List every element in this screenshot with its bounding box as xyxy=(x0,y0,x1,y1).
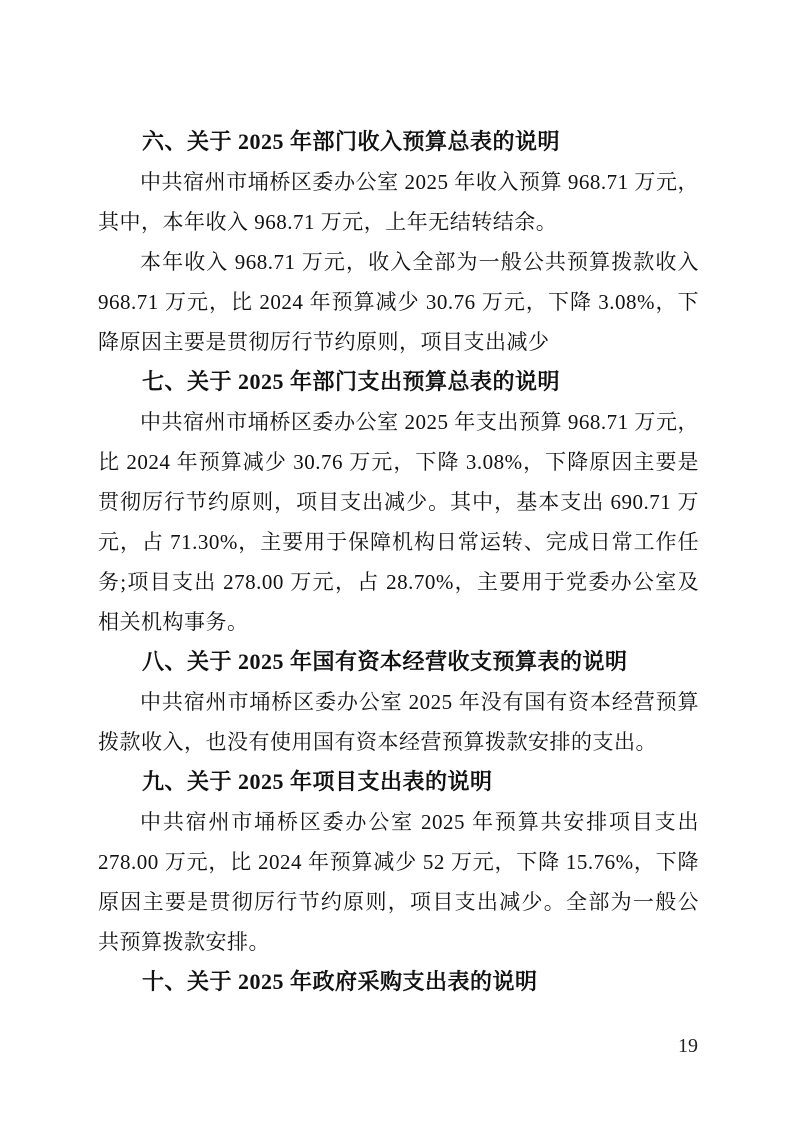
section-project-expenditure: 九、关于 2025 年项目支出表的说明 中共宿州市埇桥区委办公室 2025 年预… xyxy=(98,762,699,962)
section-state-capital-budget: 八、关于 2025 年国有资本经营收支预算表的说明 中共宿州市埇桥区委办公室 2… xyxy=(98,642,699,762)
document-page: 六、关于 2025 年部门收入预算总表的说明 中共宿州市埇桥区委办公室 2025… xyxy=(0,0,793,1122)
paragraph: 中共宿州市埇桥区委办公室 2025 年收入预算 968.71 万元，其中，本年收… xyxy=(98,162,699,242)
paragraph: 中共宿州市埇桥区委办公室 2025 年没有国有资本经营预算拨款收入，也没有使用国… xyxy=(98,682,699,762)
paragraph: 中共宿州市埇桥区委办公室 2025 年预算共安排项目支出 278.00 万元，比… xyxy=(98,802,699,962)
section-heading: 七、关于 2025 年部门支出预算总表的说明 xyxy=(98,362,699,402)
section-expenditure-budget: 七、关于 2025 年部门支出预算总表的说明 中共宿州市埇桥区委办公室 2025… xyxy=(98,362,699,642)
paragraph: 中共宿州市埇桥区委办公室 2025 年支出预算 968.71 万元，比 2024… xyxy=(98,402,699,642)
section-heading: 十、关于 2025 年政府采购支出表的说明 xyxy=(98,962,699,1002)
section-heading: 六、关于 2025 年部门收入预算总表的说明 xyxy=(98,122,699,162)
paragraph: 本年收入 968.71 万元，收入全部为一般公共预算拨款收入 968.71 万元… xyxy=(98,242,699,362)
section-heading: 八、关于 2025 年国有资本经营收支预算表的说明 xyxy=(98,642,699,682)
page-number: 19 xyxy=(668,1032,708,1060)
section-government-procurement: 十、关于 2025 年政府采购支出表的说明 xyxy=(98,962,699,1002)
document-content: 六、关于 2025 年部门收入预算总表的说明 中共宿州市埇桥区委办公室 2025… xyxy=(98,122,699,1002)
section-revenue-budget: 六、关于 2025 年部门收入预算总表的说明 中共宿州市埇桥区委办公室 2025… xyxy=(98,122,699,362)
section-heading: 九、关于 2025 年项目支出表的说明 xyxy=(98,762,699,802)
